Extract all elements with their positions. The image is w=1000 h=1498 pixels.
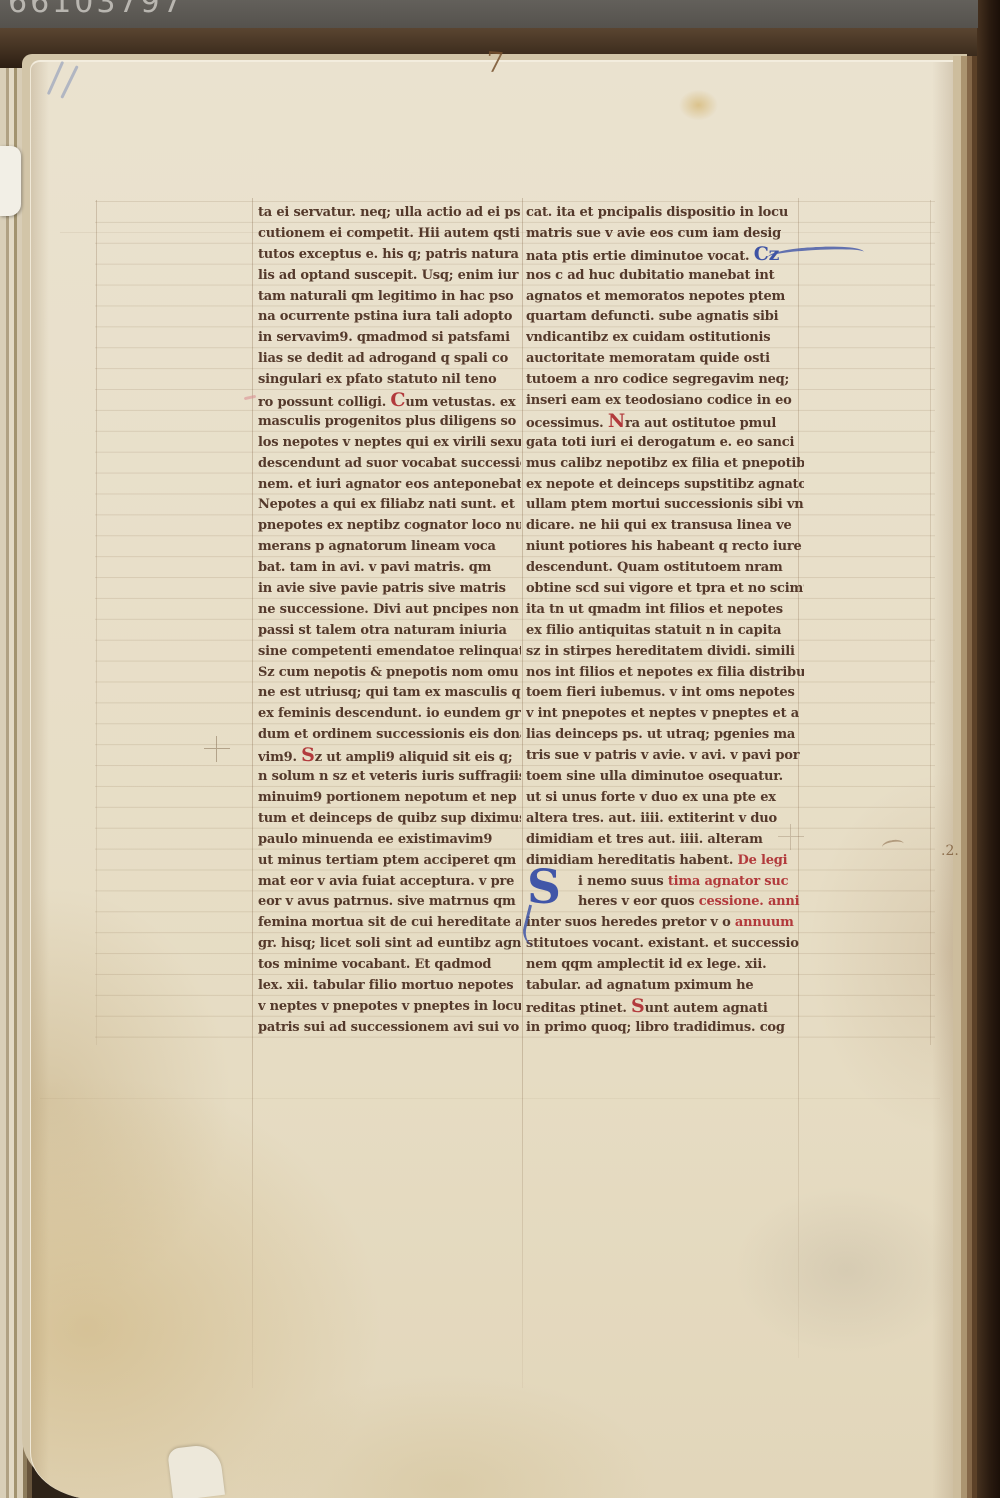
text-line: dimidiam hereditatis habent. De legi [526,851,804,872]
text-line: passi st talem otra naturam iniuria [258,621,521,642]
body-text: eor v avus patrnus. sive matrnus qm [258,894,516,909]
body-text: nem. et iuri agnator eos anteponebat. [258,477,521,492]
body-text: in avie sive pavie patris sive matris [258,581,506,596]
text-line: tum et deinceps de quibz sup diximus [258,809,521,830]
body-text: tam naturali qm legitimo in hac pso [258,289,514,304]
text-line: sz in stirpes hereditatem dividi. simili [526,642,804,663]
text-line: tos minime vocabant. Et qadmod [258,955,521,976]
body-text: Sz cum nepotis & pnepotis nom omu [258,665,519,680]
body-text: sz in stirpes hereditatem dividi. simili [526,644,795,659]
text-line: ro possunt colligi. Cum vetustas. ex [258,391,521,412]
text-line: tris sue v patris v avie. v avi. v pavi … [526,746,804,767]
body-text: matris sue v avie eos cum iam desig [526,226,781,241]
text-line: ita tn ut qmadm int filios et nepotes [526,600,804,621]
body-text: mat eor v avia fuiat acceptura. v pre [258,874,514,889]
rubric-text: S [301,744,315,766]
text-line: gata toti iuri ei derogatum e. eo sanci [526,433,804,454]
body-text: bat. tam in avi. v pavi matris. qm [258,560,491,575]
body-text: ita tn ut qmadm int filios et nepotes [526,602,783,617]
text-line: minuim9 portionem nepotum et nep [258,788,521,809]
text-line: sine competenti emendatoe relinquat. [258,642,521,663]
text-line: toem sine ulla diminutoe osequatur. [526,767,804,788]
body-text: i nemo suus [578,874,668,889]
body-text: Nepotes a qui ex filiabz nati sunt. et [258,497,515,512]
text-line: merans p agnatorum lineam voca [258,537,521,558]
body-text: na ocurrente pstina iura tali adopto [258,309,512,324]
body-text: tabular. ad agnatum pximum he [526,978,753,993]
body-text: toem fieri iubemus. v int oms nepotes [526,685,795,700]
body-text: in primo quoq; libro tradidimus. cog [526,1020,785,1035]
text-line: Sz cum nepotis & pnepotis nom omu [258,663,521,684]
text-line: dum et ordinem successionis eis dona [258,725,521,746]
text-line: patris sui ad successionem avi sui vo [258,1018,521,1039]
body-text: tos minime vocabant. Et qadmod [258,957,491,972]
body-text: agnatos et memoratos nepotes ptem [526,289,785,304]
body-text: ra aut ostitutoe pmul [625,416,776,431]
photo-top-band: 66103797 [0,0,978,28]
text-column-left: ta ei servatur. neq; ulla actio ad ei ps… [258,203,521,1041]
body-text: nos int filios et nepotes ex filia distr… [526,665,804,680]
text-line: vndicantibz ex cuidam ostitutionis [526,328,804,349]
text-line: obtine scd sui vigore et tpra et no scim… [526,579,804,600]
text-line: dimidiam et tres aut. iiii. alteram [526,830,804,851]
body-text: niunt potiores his habeant q recto iure [526,539,802,554]
text-line: na ocurrente pstina iura tali adopto [258,307,521,328]
body-text: pnepotes ex neptibz cognator loco nu [258,518,521,533]
text-line: femina mortua sit de cui hereditate a [258,913,521,934]
text-line: ex nepote et deinceps supstitibz agnato [526,475,804,496]
body-text: merans p agnatorum lineam voca [258,539,496,554]
text-line: quartam defuncti. sube agnatis sibi [526,307,804,328]
text-line: descendunt ad suor vocabat successio [258,454,521,475]
text-line: nos c ad huc dubitatio manebat int [526,266,804,287]
body-text: v neptes v pnepotes v pneptes in locu [258,999,521,1014]
text-line: nem. et iuri agnator eos anteponebat. [258,475,521,496]
text-column-right: cat. ita et pncipalis dispositio in locu… [526,203,804,1041]
text-line: gr. hisq; licet soli sint ad euntibz agn… [258,934,521,955]
page-block-edge-right [953,56,977,1498]
body-text: ex feminis descendunt. io eundem gra [258,706,521,721]
body-text: passi st talem otra naturam iniuria [258,623,507,638]
body-text: dimidiam et tres aut. iiii. alteram [526,832,763,847]
body-text: nem qqm amplectit id ex lege. xii. [526,957,766,972]
body-text: stitutoes vocant. existant. et successio [526,936,799,951]
body-text: ne successione. Divi aut pncipes non [258,602,519,617]
body-text: auctoritate memoratam quide osti [526,351,770,366]
text-line: eor v avus patrnus. sive matrnus qm [258,892,521,913]
shelf-number: 66103797 [8,0,185,20]
text-line: ex filio antiquitas statuit n in capita [526,621,804,642]
body-text: tris sue v patris v avie. v avi. v pavi … [526,748,799,763]
rubric-text: C [390,389,405,411]
text-line: ocessimus. Nra aut ostitutoe pmul [526,412,804,433]
text-line: tam naturali qm legitimo in hac pso [258,287,521,308]
text-line: tutos exceptus e. his q; patris natura [258,245,521,266]
text-line: nata ptis ertie diminutoe vocat. Cz [526,245,804,266]
body-text: unt autem agnati [645,1001,768,1016]
text-line: lis ad optand suscepit. Usq; enim iur [258,266,521,287]
margin-number: .2. [941,843,959,859]
text-line: stitutoes vocant. existant. et successio [526,934,804,955]
body-text: reditas ptinet. [526,1001,631,1016]
body-text: vim9. [258,750,301,765]
vertical-ruling [930,200,931,1045]
folio-quire-mark: 7 [485,45,505,79]
body-text: lias se dedit ad adrogand q spali co [258,351,508,366]
body-text: masculis progenitos plus diligens so [258,414,516,429]
body-text: descendunt ad suor vocabat successio [258,456,521,471]
vertical-ruling [96,200,97,1045]
text-line: dicare. ne hii qui ex transusa linea ve [526,516,804,537]
body-text: ex nepote et deinceps supstitibz agnato [526,477,804,492]
rubric-text: S [631,995,645,1017]
text-line: reditas ptinet. Sunt autem agnati [526,997,804,1018]
plummet-cross-left [204,736,230,762]
text-line: inseri eam ex teodosiano codice in eo [526,391,804,412]
text-line: nem qqm amplectit id ex lege. xii. [526,955,804,976]
text-line: ut si unus forte v duo ex una pte ex [526,788,804,809]
body-text: v int pnepotes et neptes v pneptes et a [526,706,799,721]
text-line: descendunt. Quam ostitutoem nram [526,558,804,579]
body-text: ta ei servatur. neq; ulla actio ad ei ps… [258,205,521,220]
body-text: in servavim9. qmadmod si patsfami [258,330,510,345]
body-text: tutos exceptus e. his q; patris natura [258,247,519,262]
illuminated-initial-s: S [527,864,561,911]
text-line: cutionem ei competit. Hii autem qsti [258,224,521,245]
text-line: n solum n sz et veteris iuris suffragiis [258,767,521,788]
body-text: ullam ptem mortui successionis sibi vn [526,497,803,512]
body-text: toem sine ulla diminutoe osequatur. [526,769,783,784]
body-text: heres v eor quos [578,894,699,909]
body-text: los nepotes v neptes qui ex virili sexu [258,435,521,450]
text-line: pnepotes ex neptibz cognator loco nu [258,516,521,537]
body-text: dicare. ne hii qui ex transusa linea ve [526,518,792,533]
text-line: ex feminis descendunt. io eundem gra [258,704,521,725]
body-text: ocessimus. [526,416,608,431]
body-text: femina mortua sit de cui hereditate a [258,915,521,930]
text-line: v int pnepotes et neptes v pneptes et a [526,704,804,725]
text-line: auctoritate memoratam quide osti [526,349,804,370]
body-text: z ut ampli9 aliquid sit eis q; [315,750,513,765]
text-line: i nemo suus tima agnator suc [526,872,804,893]
text-line: inter suos heredes pretor v o annuum [526,913,804,934]
vertical-ruling [252,198,253,1388]
body-text: nos c ad huc dubitatio manebat int [526,268,774,283]
body-text: gata toti iuri ei derogatum e. eo sanci [526,435,794,450]
rubric-text: annuum [735,915,794,930]
text-line: nos int filios et nepotes ex filia distr… [526,663,804,684]
text-line: ta ei servatur. neq; ulla actio ad ei ps… [258,203,521,224]
body-text: lex. xii. tabular filio mortuo nepotes [258,978,513,993]
text-line: ut minus tertiam ptem acciperet qm [258,851,521,872]
text-line: agnatos et memoratos nepotes ptem [526,287,804,308]
body-text: ro possunt colligi. [258,395,390,410]
body-text: mus calibz nepotibz ex filia et pnepotib… [526,456,804,471]
body-text: gr. hisq; licet soli sint ad euntibz agn… [258,936,521,951]
text-line: ne est utriusq; qui tam ex masculis q [258,683,521,704]
body-text: minuim9 portionem nepotum et nep [258,790,517,805]
text-line: vim9. Sz ut ampli9 aliquid sit eis q; [258,746,521,767]
body-text: quartam defuncti. sube agnatis sibi [526,309,778,324]
body-text: ut si unus forte v duo ex una pte ex [526,790,776,805]
body-text: inter suos heredes pretor v o [526,915,735,930]
text-line: cat. ita et pncipalis dispositio in locu [526,203,804,224]
body-text: um vetustas. ex [405,395,515,410]
body-text: ne est utriusq; qui tam ex masculis q [258,685,520,700]
text-line: in servavim9. qmadmod si patsfami [258,328,521,349]
binding-right [977,0,1000,1498]
text-line: lias se dedit ad adrogand q spali co [258,349,521,370]
text-line: tabular. ad agnatum pximum he [526,976,804,997]
rubric-text: N [608,410,625,432]
body-text: sine competenti emendatoe relinquat. [258,644,521,659]
body-text: lias deinceps ps. ut utraq; pgenies ma [526,727,795,742]
text-line: singulari ex pfato statuto nil teno [258,370,521,391]
body-text: obtine scd sui vigore et tpra et no scim… [526,581,804,596]
text-line: ne successione. Divi aut pncipes non [258,600,521,621]
body-text: altera tres. aut. iiii. extiterint v duo [526,811,777,826]
pencil-scribble [46,58,90,104]
text-line: los nepotes v neptes qui ex virili sexu [258,433,521,454]
text-line: lex. xii. tabular filio mortuo nepotes [258,976,521,997]
body-text: ex filio antiquitas statuit n in capita [526,623,781,638]
text-line: niunt potiores his habeant q recto iure [526,537,804,558]
text-line: in avie sive pavie patris sive matris [258,579,521,600]
manuscript-photo: 66103797 7 .2. ta ei servatur. neq; ulla… [0,0,1000,1498]
text-line: in primo quoq; libro tradidimus. cog [526,1018,804,1039]
text-line: altera tres. aut. iiii. extiterint v duo [526,809,804,830]
body-text: vndicantibz ex cuidam ostitutionis [526,330,770,345]
text-line: matris sue v avie eos cum iam desig [526,224,804,245]
body-text: paulo minuenda ee existimavim9 [258,832,492,847]
body-text: descendunt. Quam ostitutoem nram [526,560,783,575]
rubric-text: cessione. anni [699,894,800,909]
body-text: lis ad optand suscepit. Usq; enim iur [258,268,518,283]
body-text: cat. ita et pncipalis dispositio in locu [526,205,788,220]
body-text: n solum n sz et veteris iuris suffragiis [258,769,521,784]
text-line: lias deinceps ps. ut utraq; pgenies ma [526,725,804,746]
body-text: ut minus tertiam ptem acciperet qm [258,853,516,868]
body-text: patris sui ad successionem avi sui vo [258,1020,519,1035]
text-line: paulo minuenda ee existimavim9 [258,830,521,851]
parchment-crease [40,1098,940,1099]
body-text: inseri eam ex teodosiano codice in eo [526,393,792,408]
rubric-text: tima agnator suc [668,874,789,889]
body-text: singulari ex pfato statuto nil teno [258,372,496,387]
text-line: masculis progenitos plus diligens so [258,412,521,433]
text-line: ullam ptem mortui successionis sibi vn [526,495,804,516]
rubric-text: De legi [738,853,788,868]
vertical-ruling [522,198,523,1388]
body-text: nata ptis ertie diminutoe vocat. [526,249,754,264]
text-line: toem fieri iubemus. v int oms nepotes [526,683,804,704]
bookmark-tab-left [0,146,21,216]
text-line: mus calibz nepotibz ex filia et pnepotib… [526,454,804,475]
text-line: Nepotes a qui ex filiabz nati sunt. et [258,495,521,516]
text-line: mat eor v avia fuiat acceptura. v pre [258,872,521,893]
body-text: tum et deinceps de quibz sup diximus [258,811,521,826]
body-text: tutoem a nro codice segregavim neq; [526,372,789,387]
text-line: tutoem a nro codice segregavim neq; [526,370,804,391]
text-line: heres v eor quos cessione. anni [526,892,804,913]
text-line: bat. tam in avi. v pavi matris. qm [258,558,521,579]
body-text: cutionem ei competit. Hii autem qsti [258,226,520,241]
text-line: v neptes v pnepotes v pneptes in locu [258,997,521,1018]
body-text: dum et ordinem successionis eis dona [258,727,521,742]
